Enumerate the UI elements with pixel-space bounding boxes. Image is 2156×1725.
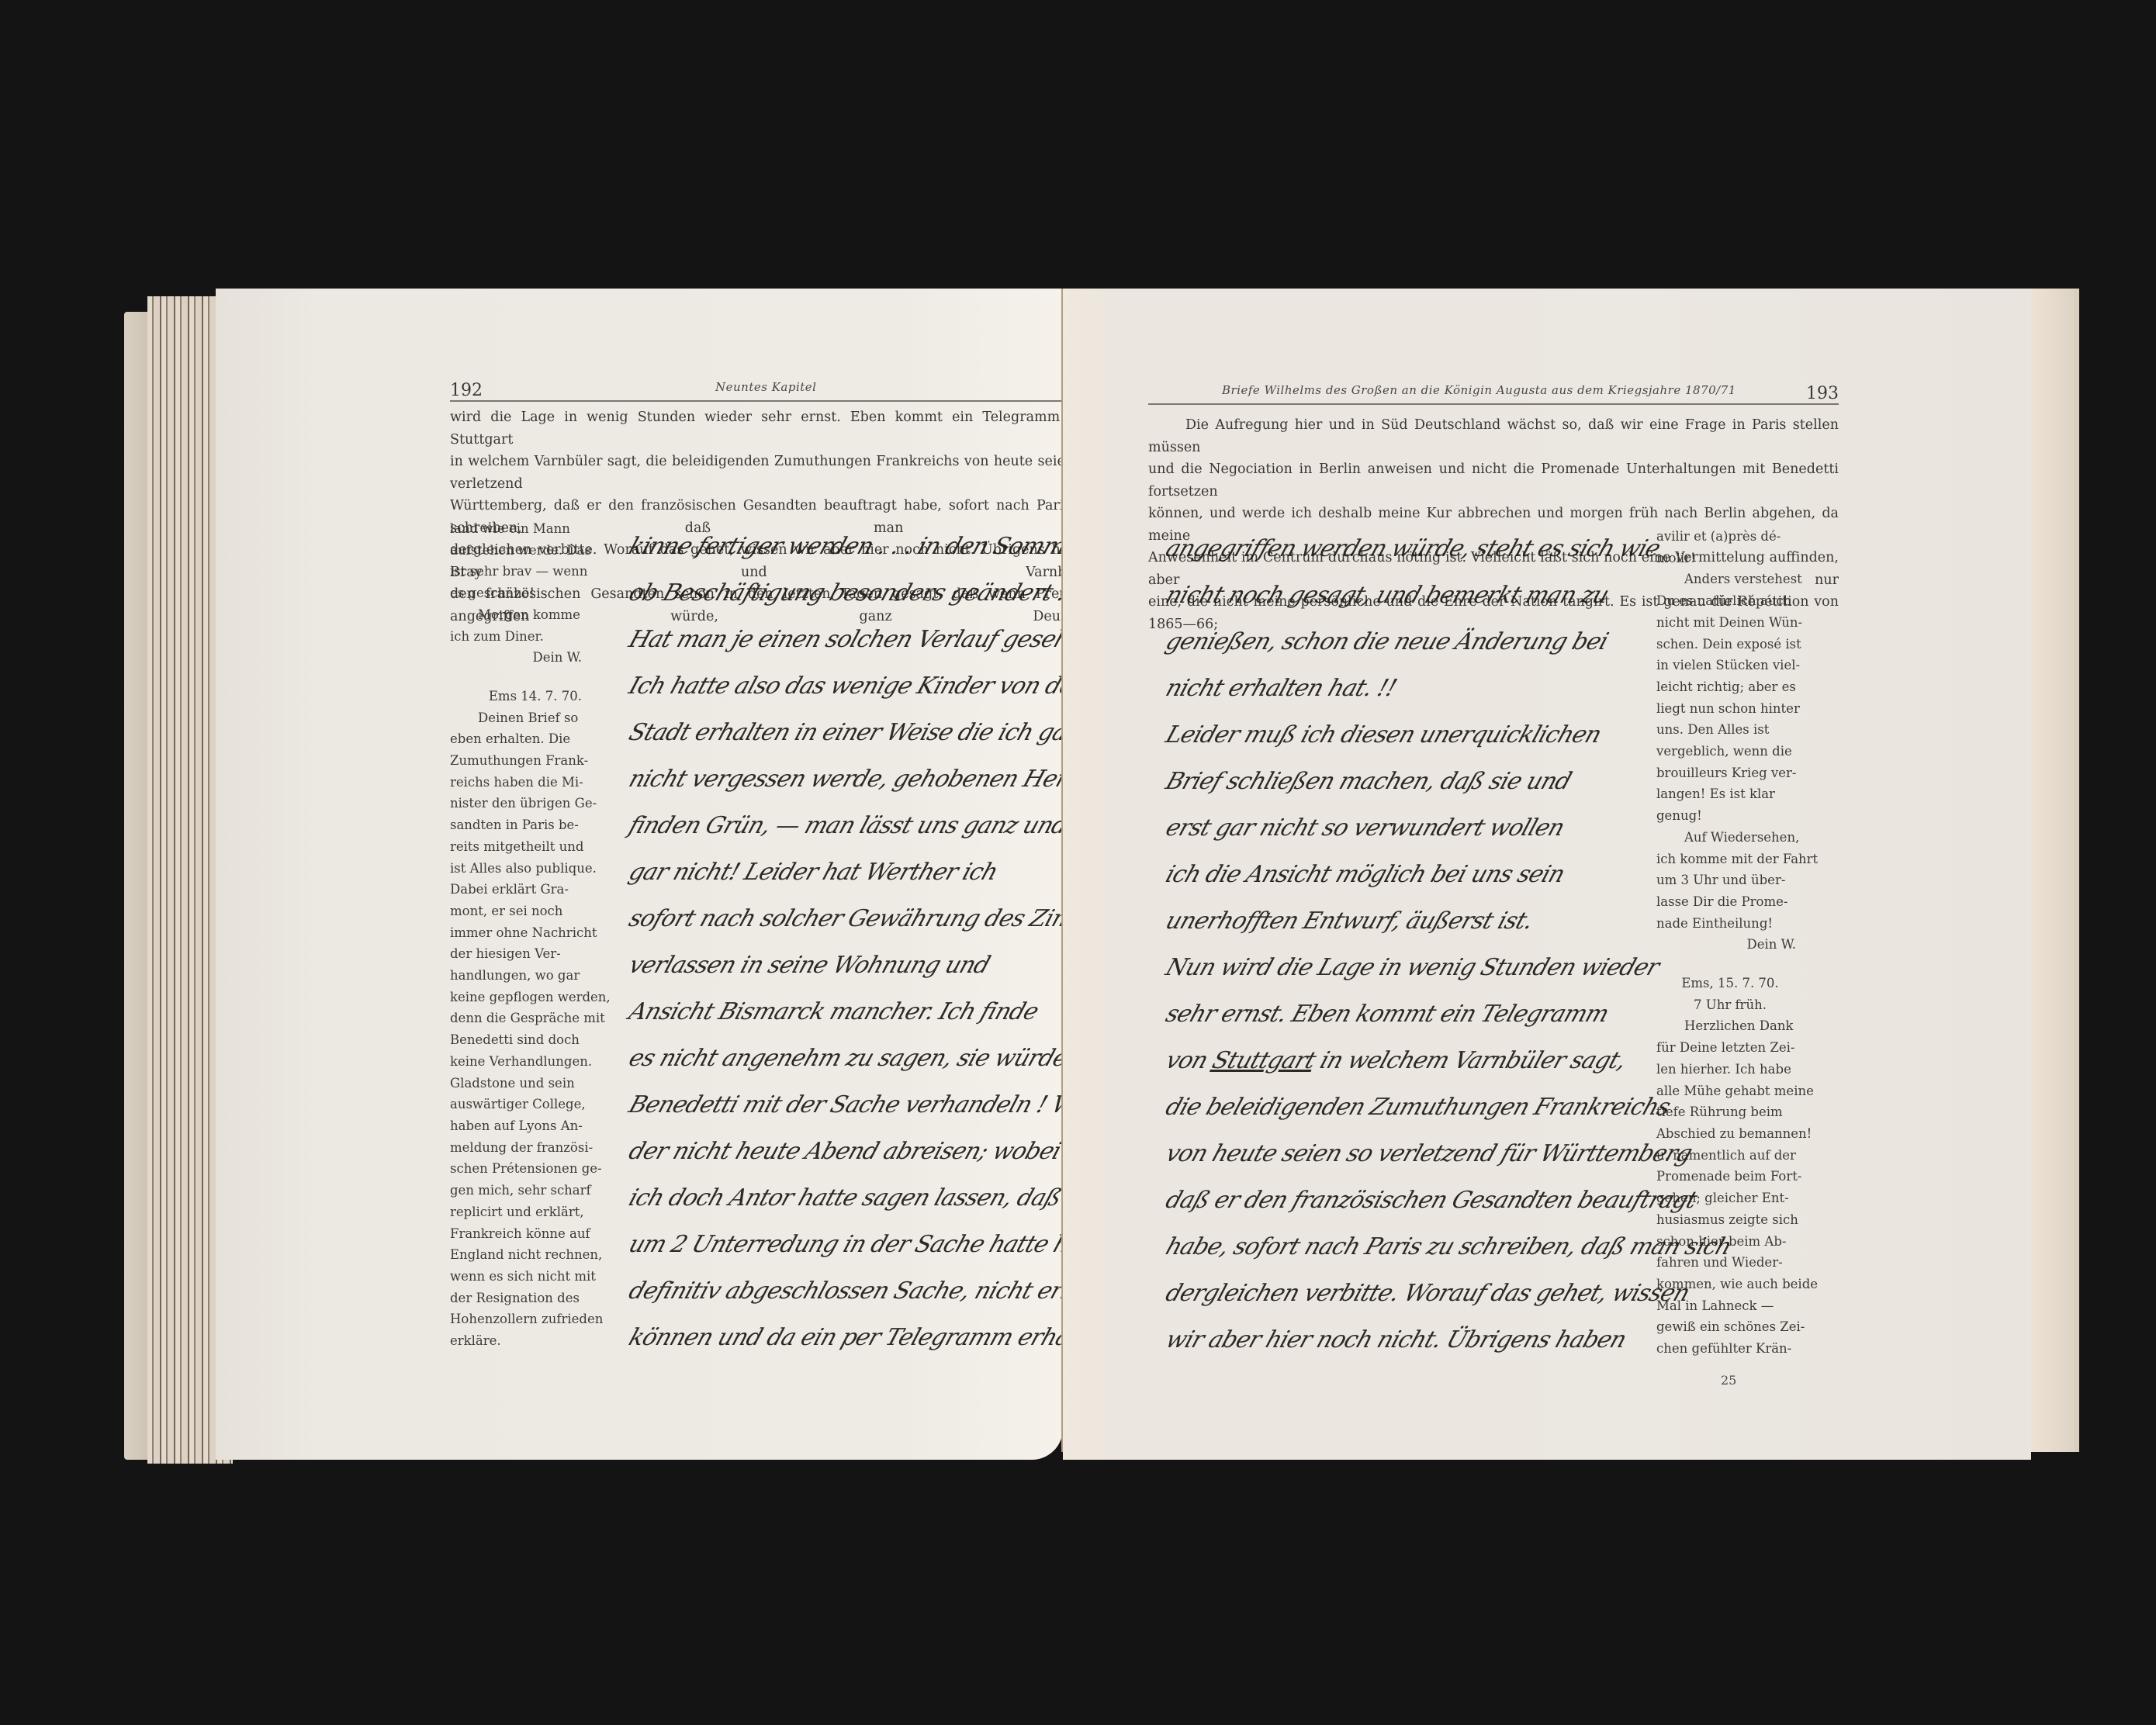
margin-column-line: es geschähe! xyxy=(450,582,590,604)
margin-column-line: keine Verhandlungen. xyxy=(450,1051,590,1073)
handwritten-line: Stadt erhalten in einer Weise die ich ga… xyxy=(619,719,1081,766)
handwritten-line: Brief schließen machen, daß sie und xyxy=(1156,768,1574,814)
margin-column-line: Herzlichen Dank xyxy=(1656,1015,1804,1037)
left-page-number: 192 xyxy=(450,381,483,400)
handwritten-line: definitiv abgeschlossen Sache, nicht erh… xyxy=(619,1277,1136,1324)
margin-column-line: Du es natürlich auch xyxy=(1656,590,1804,612)
margin-column-line: liegt nun schon hinter xyxy=(1656,698,1804,720)
margin-column-line: vergeblich, wenn die xyxy=(1656,741,1804,762)
handwritten-line: kinne fertiger werden . . . in den Somme… xyxy=(619,533,1093,579)
handwritten-line: ich die Ansicht möglich bei uns sein xyxy=(1156,861,1568,907)
margin-column-line: ich komme mit der Fahrt xyxy=(1656,849,1804,870)
margin-column-line: Dein W. xyxy=(450,647,590,669)
margin-column-line: schen. Dein exposé ist xyxy=(1656,634,1804,655)
left-page: 192 Neuntes Kapitel wird die Lage in wen… xyxy=(216,289,1063,1460)
margin-column-line: denn die Gespräche mit xyxy=(450,1008,590,1029)
handwritten-line: gar nicht! Leider hat Werther ich xyxy=(619,859,1001,905)
margin-column-line: reits mitgetheilt und xyxy=(450,836,590,858)
margin-column-line: brouilleurs Krieg ver- xyxy=(1656,762,1804,784)
handwritten-line: von heute seien so verletzend für Württe… xyxy=(1156,1140,1695,1187)
margin-column-line: gen mich, sehr scharf xyxy=(450,1180,590,1201)
handwritten-line: genießen, schon die neue Änderung bei xyxy=(1156,628,1611,675)
margin-column-line: immer ohne Nachricht xyxy=(450,922,590,944)
handwritten-line: um 2 Unterredung in der Sache hatte hier xyxy=(619,1231,1103,1277)
margin-column-line: nade Eintheilung! xyxy=(1656,913,1804,935)
right-page: Briefe Wilhelms des Großen an die Königi… xyxy=(1063,289,2031,1460)
margin-column-line: nister den übrigen Ge- xyxy=(450,793,590,814)
margin-column-line: der Resignation des xyxy=(450,1288,590,1309)
prose-line: wird die Lage in wenig Stunden wieder se… xyxy=(450,406,1094,451)
handwritten-line: Leider muß ich diesen unerquicklichen xyxy=(1156,721,1604,768)
margin-column-line: alle Mühe gehabt meine xyxy=(1656,1080,1804,1102)
prose-line: in welchem Varnbüler sagt, die beleidige… xyxy=(450,451,1094,495)
margin-column-line: len hierher. Ich habe xyxy=(1656,1059,1804,1080)
margin-column-line: mont, er sei noch xyxy=(450,901,590,922)
underlined-word: Stuttgart xyxy=(1209,1047,1319,1074)
margin-column-line: molir! xyxy=(1656,548,1804,569)
margin-column-line: Gladstone und sein xyxy=(450,1073,590,1094)
left-running-head-title: Neuntes Kapitel xyxy=(715,380,816,394)
handwritten-line: daß er den französischen Gesandten beauf… xyxy=(1156,1187,1700,1233)
margin-column-line: der hiesigen Ver- xyxy=(450,943,590,965)
signature-mark: 25 xyxy=(1721,1373,1736,1388)
margin-column-line: genug! xyxy=(1656,805,1804,827)
margin-column-line: eben erhalten. Die xyxy=(450,728,590,750)
margin-column-line: uns. Den Alles ist xyxy=(1656,719,1804,741)
margin-column-line: meldung der französi- xyxy=(450,1137,590,1159)
handwritten-line: wir aber hier noch nicht. Übrigens haben xyxy=(1156,1326,1629,1373)
margin-column-line: tiefe Rührung beim xyxy=(1656,1101,1804,1123)
handwritten-line: sofort nach solcher Gewährung des Zimmer xyxy=(619,905,1123,952)
right-handwriting-facsimile: angegriffen werden würde, steht es sich … xyxy=(1156,535,1652,1373)
margin-column-line: chen gefühlter Krän- xyxy=(1656,1338,1804,1360)
margin-column-line: Ems, 15. 7. 70. xyxy=(1656,973,1804,994)
handwritten-line: ob Beschäftigung besonders geändert ! — xyxy=(619,579,1100,626)
handwritten-line: Hat man je einen solchen Verlauf gesehen… xyxy=(619,626,1120,672)
handwritten-line: habe, sofort nach Paris zu schreiben, da… xyxy=(1156,1233,1735,1280)
margin-column-line: land wie ein Mann xyxy=(450,518,590,540)
margin-column-line: avilir et (a)près dé- xyxy=(1656,526,1804,548)
margin-column-line: in vielen Stücken viel- xyxy=(1656,655,1804,676)
margin-column-line: auswärtiger College, xyxy=(450,1094,590,1115)
handwritten-line: Ich hatte also das wenige Kinder von der xyxy=(619,672,1088,719)
margin-column-line: replicirt und erklärt, xyxy=(450,1201,590,1223)
margin-column-line: haben auf Lyons An- xyxy=(450,1115,590,1137)
right-running-head-title: Briefe Wilhelms des Großen an die Königi… xyxy=(1222,383,1736,397)
margin-column-line: Benedetti sind doch xyxy=(450,1029,590,1051)
margin-column-line: ich zum Diner. xyxy=(450,626,590,648)
margin-column-line: keine gepflogen werden, xyxy=(450,987,590,1008)
open-book: 192 Neuntes Kapitel wird die Lage in wen… xyxy=(124,289,2079,1483)
handwritten-line: die beleidigenden Zumuthungen Frankreich… xyxy=(1156,1094,1673,1140)
margin-column-line: Zumuthungen Frank- xyxy=(450,750,590,772)
handwritten-line: verlassen in seine Wohnung und xyxy=(619,952,993,998)
prose-line: Die Aufregung hier und in Süd Deutschlan… xyxy=(1148,414,1839,458)
margin-column-line: Deinen Brief so xyxy=(450,707,590,729)
margin-column-line: aufstehen werde. Das xyxy=(450,540,590,562)
handwritten-line: nicht noch gesagt, und bemerkt man zu xyxy=(1156,582,1612,628)
left-margin-column: land wie ein Mannaufstehen werde. Dasist… xyxy=(450,518,590,1352)
margin-column-line: schen Prétensionen ge- xyxy=(450,1158,590,1180)
margin-column-line: Anders verstehest xyxy=(1656,569,1804,590)
handwritten-line: der nicht heute Abend abreisen; wobei xyxy=(619,1138,1064,1184)
right-page-number: 193 xyxy=(1806,384,1839,403)
margin-column-line: leicht richtig; aber es xyxy=(1656,676,1804,698)
prose-line: und die Negociation in Berlin anweisen u… xyxy=(1148,458,1839,503)
margin-column-line: Frankreich könne auf xyxy=(450,1223,590,1245)
margin-column-line: Hohenzollern zufrieden xyxy=(450,1308,590,1330)
margin-column-line: sandten in Paris be- xyxy=(450,814,590,836)
handwritten-line: finden Grün, — man lässt uns ganz und xyxy=(619,812,1071,859)
margin-column-line: ist sehr brav — wenn xyxy=(450,561,590,582)
handwritten-line: nicht vergessen werde, gehobenen Herzen xyxy=(619,766,1110,812)
margin-column-line: reichs haben die Mi- xyxy=(450,772,590,793)
handwritten-line: dergleichen verbitte. Worauf das gehet, … xyxy=(1156,1280,1693,1326)
handwritten-line: es nicht angenehm zu sagen, sie würden xyxy=(619,1045,1085,1091)
margin-column-line: ist Alles also publique. xyxy=(450,858,590,880)
margin-column-line: erkläre. xyxy=(450,1330,590,1352)
spacer xyxy=(1656,956,1804,973)
margin-column-line: lasse Dir die Prome- xyxy=(1656,891,1804,913)
margin-column-line: Ems 14. 7. 70. xyxy=(450,686,590,707)
margin-column-line: Dein W. xyxy=(1656,934,1804,956)
left-handwriting-facsimile: kinne fertiger werden . . . in den Somme… xyxy=(619,533,1100,1371)
handwritten-line: Nun wird die Lage in wenig Stunden wiede… xyxy=(1156,954,1663,1001)
margin-column-line: Auf Wiedersehen, xyxy=(1656,827,1804,849)
handwritten-line: von Stuttgart in welchem Varnbüler sagt, xyxy=(1156,1047,1629,1094)
margin-column-line: Dabei erklärt Gra- xyxy=(450,879,590,901)
margin-column-line: nicht mit Deinen Wün- xyxy=(1656,612,1804,634)
handwritten-line: Ansicht Bismarck mancher. Ich finde xyxy=(619,998,1042,1045)
margin-column-line: England nicht rechnen, xyxy=(450,1244,590,1266)
margin-column-line: 7 Uhr früh. xyxy=(1656,994,1804,1016)
handwritten-line: nicht erhalten hat. !! xyxy=(1156,675,1400,721)
margin-column-line: Morgen komme xyxy=(450,604,590,626)
margin-column-line: um 3 Uhr und über- xyxy=(1656,869,1804,891)
handwritten-line: unerhofften Entwurf, äußerst ist. xyxy=(1156,907,1536,954)
margin-column-line: handlungen, wo gar xyxy=(450,965,590,987)
handwritten-line: sehr ernst. Eben kommt ein Telegramm xyxy=(1156,1001,1612,1047)
left-running-head: 192 Neuntes Kapitel xyxy=(450,374,1094,402)
margin-column-line: wenn es sich nicht mit xyxy=(450,1266,590,1288)
margin-column-line: für Deine letzten Zei- xyxy=(1656,1037,1804,1059)
handwritten-line: angegriffen werden würde, steht es sich … xyxy=(1156,535,1663,582)
handwritten-line: können und da ein per Telegramm erhalten xyxy=(619,1324,1116,1371)
spacer xyxy=(450,669,590,686)
handwritten-line: erst gar nicht so verwundert wollen xyxy=(1156,814,1567,861)
right-running-head: Briefe Wilhelms des Großen an die Königi… xyxy=(1148,375,1839,405)
book-cover-right-edge xyxy=(2024,289,2079,1452)
margin-column-line: langen! Es ist klar xyxy=(1656,783,1804,805)
